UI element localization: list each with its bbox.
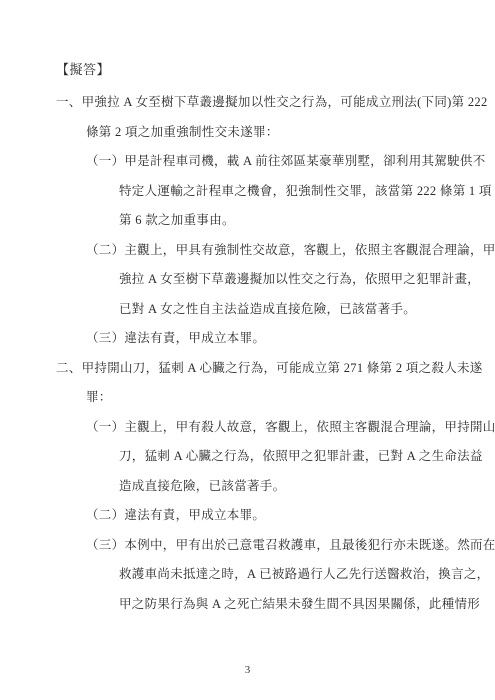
doc-body: 一、甲強拉 A 女至樹下草叢邊擬加以性交之行為，可能成立刑法(下同)第 222條… — [56, 88, 461, 619]
doc-line: （一）甲是計程車司機，載 A 前往郊區某豪華別墅，卻利用其駕駛供不 — [56, 147, 461, 177]
doc-line: （一）主觀上，甲有殺人故意，客觀上，依照主客觀混合理論，甲持開山 — [56, 413, 461, 443]
page-number: 3 — [0, 664, 495, 676]
doc-line: 一、甲強拉 A 女至樹下草叢邊擬加以性交之行為，可能成立刑法(下同)第 222 — [56, 88, 461, 118]
doc-line: 強拉 A 女至樹下草叢邊擬加以性交之行為，依照甲之犯罪計畫， — [56, 265, 461, 295]
doc-line: 第 6 款之加重事由。 — [56, 206, 461, 236]
doc-line: （三）本例中，甲有出於己意電召救護車，且最後犯行亦未既遂。然而在 — [56, 531, 461, 561]
document-content: 【擬答】 一、甲強拉 A 女至樹下草叢邊擬加以性交之行為，可能成立刑法(下同)第… — [56, 55, 461, 619]
doc-line: 條第 2 項之加重強制性交未遂罪： — [56, 118, 461, 148]
document-page: 【擬答】 一、甲強拉 A 女至樹下草叢邊擬加以性交之行為，可能成立刑法(下同)第… — [0, 0, 495, 700]
doc-line: 已對 A 女之性自主法益造成直接危險，已該當著手。 — [56, 295, 461, 325]
doc-line: （二）主觀上，甲具有強制性交故意，客觀上，依照主客觀混合理論，甲 — [56, 236, 461, 266]
doc-line: 罪： — [56, 383, 461, 413]
doc-line: （三）違法有責，甲成立本罪。 — [56, 324, 461, 354]
document-title: 【擬答】 — [56, 55, 461, 85]
doc-line: 特定人運輸之計程車之機會，犯強制性交罪，該當第 222 條第 1 項 — [56, 177, 461, 207]
doc-line: 造成直接危險，已該當著手。 — [56, 472, 461, 502]
doc-line: 刀，猛刺 A 心臟之行為，依照甲之犯罪計畫，已對 A 之生命法益 — [56, 442, 461, 472]
doc-line: （二）違法有責，甲成立本罪。 — [56, 501, 461, 531]
doc-line: 二、甲持開山刀，猛刺 A 心臟之行為，可能成立第 271 條第 2 項之殺人未遂 — [56, 354, 461, 384]
doc-line: 甲之防果行為與 A 之死亡結果未發生間不具因果關係，此種情形 — [56, 590, 461, 620]
doc-line: 救護車尚未抵達之時，A 已被路過行人乙先行送醫救治，換言之， — [56, 560, 461, 590]
